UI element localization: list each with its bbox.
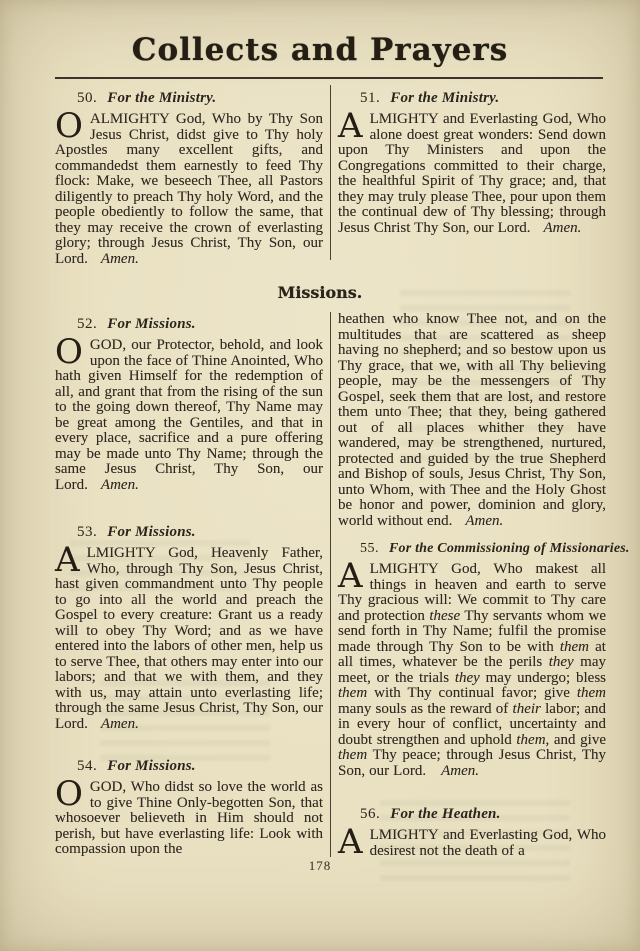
prayer-54-continuation: heathen who know Thee not, and on the mu…: [338, 312, 606, 529]
prayer-heading: 56.For the Heathen.: [338, 806, 606, 823]
amen-label: Amen.: [101, 477, 139, 493]
drop-cap: A: [338, 828, 370, 855]
prayer-body: heathen who know Thee not, and on the mu…: [338, 312, 606, 529]
prayer-text: heathen who know Thee not, and on the mu…: [338, 311, 606, 529]
prayer-body: OALMIGHTY God, Who by Thy Son Jesus Chri…: [55, 112, 323, 267]
prayer-number: 56.: [360, 806, 380, 822]
prayer-53: 53.For Missions. ALMIGHTY God, Heavenly …: [55, 524, 323, 732]
prayer-heading: 53.For Missions.: [55, 524, 323, 541]
prayer-55: 55.For the Commissioning of Missionaries…: [338, 541, 606, 779]
column-divider-bottom: [330, 312, 331, 857]
prayer-title: For Missions.: [107, 316, 195, 332]
prayer-number: 54.: [77, 758, 97, 774]
prayer-body: OGOD, Who didst so love the world as to …: [55, 780, 323, 858]
prayer-body: ALMIGHTY and Everlasting God, Who desire…: [338, 828, 606, 859]
prayer-title: For the Commissioning of Missionaries.: [389, 541, 630, 556]
prayer-heading: 50.For the Ministry.: [55, 90, 323, 107]
prayer-54: 54.For Missions. OGOD, Who didst so love…: [55, 758, 323, 858]
scanned-book-page: Collects and Prayers 50.For the Ministry…: [0, 0, 640, 951]
amen-label: Amen.: [101, 716, 139, 732]
amen-label: Amen.: [543, 220, 581, 236]
prayer-number: 51.: [360, 90, 380, 106]
drop-cap: A: [55, 546, 87, 573]
prayer-number: 53.: [77, 524, 97, 540]
prayer-text: ALMIGHTY God, Who by Thy Son Jesus Chris…: [55, 111, 323, 267]
prayer-number: 50.: [77, 90, 97, 106]
prayer-heading: 55.For the Commissioning of Missionaries…: [338, 541, 606, 557]
page-title: Collects and Prayers: [0, 32, 640, 68]
prayer-56: 56.For the Heathen. ALMIGHTY and Everlas…: [338, 806, 606, 859]
prayer-number: 55.: [360, 541, 379, 556]
prayer-heading: 51.For the Ministry.: [338, 90, 606, 107]
prayer-text: LMIGHTY God, Heavenly Father, Who, throu…: [55, 545, 323, 732]
prayer-title: For the Heathen.: [390, 806, 500, 822]
prayer-52: 52.For Missions. OGOD, our Protector, be…: [55, 316, 323, 493]
prayer-title: For the Ministry.: [107, 90, 216, 106]
drop-cap: O: [55, 780, 90, 807]
amen-label: Amen.: [101, 251, 139, 267]
prayer-50: 50.For the Ministry. OALMIGHTY God, Who …: [55, 90, 323, 267]
prayer-heading: 54.For Missions.: [55, 758, 323, 775]
column-divider-top: [330, 85, 331, 260]
prayer-body: ALMIGHTY and Everlasting God, Who alone …: [338, 112, 606, 236]
prayer-text: LMIGHTY and Everlasting God, Who desires…: [370, 827, 606, 859]
section-heading-missions: Missions.: [0, 283, 640, 302]
prayer-heading: 52.For Missions.: [55, 316, 323, 333]
prayer-51: 51.For the Ministry. ALMIGHTY and Everla…: [338, 90, 606, 236]
title-rule: [55, 77, 603, 79]
prayer-text: GOD, Who didst so love the world as to g…: [55, 779, 323, 857]
drop-cap: A: [338, 112, 370, 139]
prayer-text: LMIGHTY and Everlasting God, Who alone d…: [338, 111, 606, 236]
prayer-title: For Missions.: [107, 758, 195, 774]
drop-cap: O: [55, 112, 90, 139]
drop-cap: O: [55, 338, 90, 365]
page-number: 178: [0, 858, 640, 874]
prayer-body: ALMIGHTY God, Heavenly Father, Who, thro…: [55, 546, 323, 732]
prayer-text: LMIGHTY God, Who makest all things in he…: [338, 561, 606, 779]
prayer-text: GOD, our Protector, behold, and look upo…: [55, 337, 323, 493]
prayer-title: For Missions.: [107, 524, 195, 540]
amen-label: Amen.: [465, 513, 503, 529]
prayer-number: 52.: [77, 316, 97, 332]
prayer-title: For the Ministry.: [390, 90, 499, 106]
prayer-body: OGOD, our Protector, behold, and look up…: [55, 338, 323, 493]
prayer-body: ALMIGHTY God, Who makest all things in h…: [338, 562, 606, 779]
drop-cap: A: [338, 562, 370, 589]
